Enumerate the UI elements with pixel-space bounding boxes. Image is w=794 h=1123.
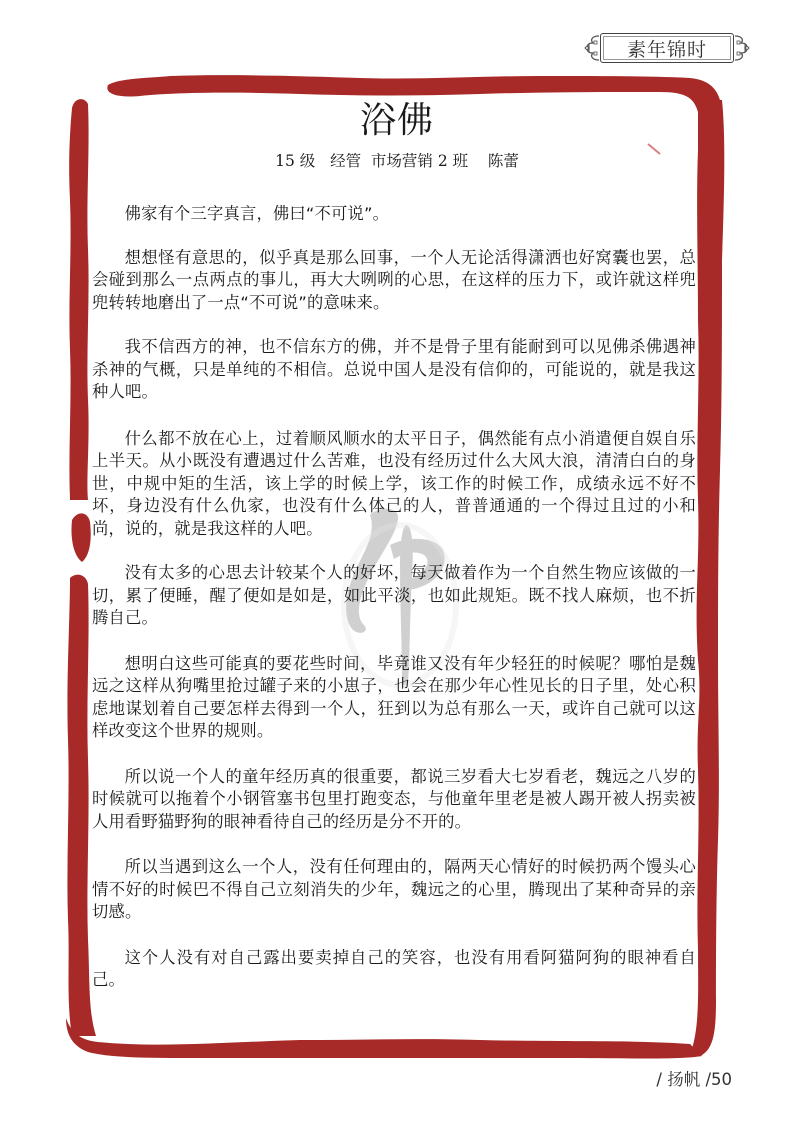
article-body: 佛家有个三字真言，佛曰“不可说”。 想想怪有意思的，似乎真是那么回事，一个人无论… [92,203,696,1015]
paragraph: 所以说一个人的童年经历真的很重要，都说三岁看大七岁看老，魏远之八岁的时候就可以拖… [92,766,696,834]
section-header-tag: 素年锦时 [582,31,752,65]
paragraph: 这个人没有对自己露出要卖掉自己的笑容，也没有用看阿猫阿狗的眼神看自己。 [92,947,696,992]
paragraph: 想想怪有意思的，似乎真是那么回事，一个人无论活得潇洒也好窝囊也罢，总会碰到那么一… [92,247,696,315]
article-title: 浴佛 [0,92,794,143]
paragraph: 没有太多的心思去计较某个人的好坏，每天做着作为一个自然生物应该做的一切，累了便睡… [92,562,696,630]
article-byline: 15 级 经管 市场营销 2 班 陈蕾 [0,149,794,171]
paragraph: 我不信西方的神，也不信东方的佛，并不是骨子里有能耐到可以见佛杀佛遇神杀神的气概，… [92,336,696,404]
paragraph: 什么都不放在心上，过着顺风顺水的太平日子，偶然能有点小消遣便自娱自乐上半天。从小… [92,428,696,541]
ornament-right-icon [734,34,752,62]
paragraph: 想明白这些可能真的要花些时间，毕竟谁又没有年少轻狂的时候呢？哪怕是魏远之这样从狗… [92,653,696,743]
paragraph: 佛家有个三字真言，佛曰“不可说”。 [92,203,696,226]
page-footer: / 扬帆 /50 [656,1066,732,1090]
section-label: 素年锦时 [582,35,752,62]
paragraph: 所以当遇到这么一个人，没有任何理由的，隔两天心情好的时候扔两个馒头心情不好的时候… [92,856,696,924]
